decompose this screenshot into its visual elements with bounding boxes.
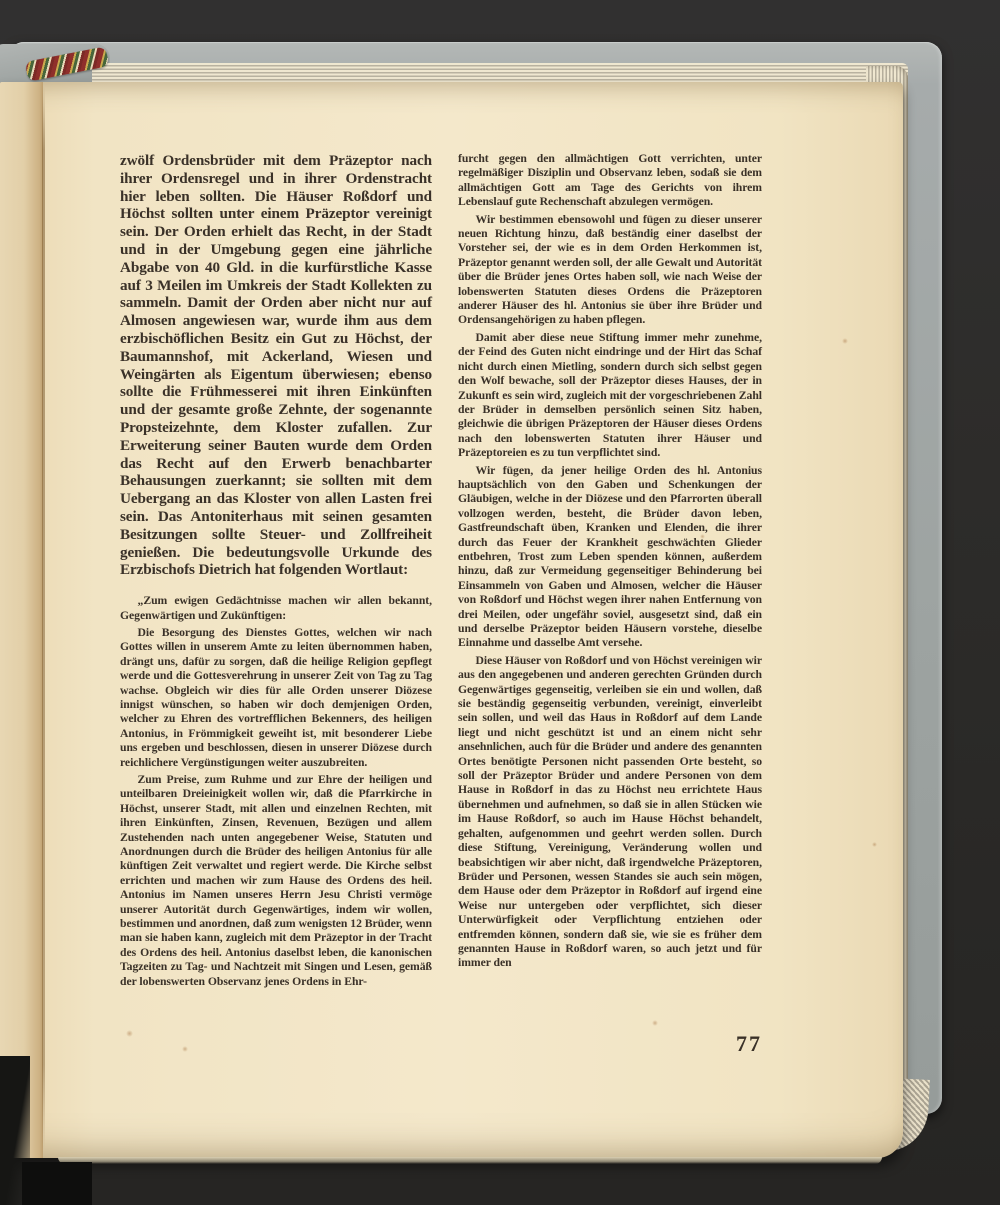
quote-paragraph: Die Besorgung des Dienstes Gottes, welch… xyxy=(120,626,432,770)
gutter-shadow xyxy=(0,82,43,1158)
body-text-paragraph: zwölf Ordensbrüder mit dem Präzeptor nac… xyxy=(120,152,432,579)
gutter-crease xyxy=(42,86,45,1150)
quote-paragraph: Wir fügen, da jener heilige Orden des hl… xyxy=(458,464,762,651)
quote-paragraph: Wir bestimmen ebensowohl und fügen zu di… xyxy=(458,213,762,328)
quote-paragraph: Zum Preise, zum Ruhme und zur Ehre der h… xyxy=(120,773,432,989)
quote-paragraph: Diese Häuser von Roßdorf und von Höchst … xyxy=(458,654,762,971)
foxing-spot xyxy=(842,338,848,344)
page-number: 77 xyxy=(458,1032,762,1056)
foxing-spot xyxy=(872,842,877,847)
quote-paragraph: Damit aber diese neue Stiftung immer meh… xyxy=(458,331,762,461)
foxing-spot xyxy=(182,1046,188,1052)
page-edges-top xyxy=(92,63,908,84)
text-column-right: furcht gegen den allmächtigen Gott verri… xyxy=(458,152,762,974)
page-bottom-edge xyxy=(58,1157,882,1164)
quote-paragraph: furcht gegen den allmächtigen Gott verri… xyxy=(458,152,762,210)
shadow-block-bottom-left xyxy=(22,1162,92,1205)
quote-paragraph: „Zum ewigen Gedächtnisse machen wir alle… xyxy=(120,594,432,623)
text-column-left: zwölf Ordensbrüder mit dem Präzeptor nac… xyxy=(120,152,432,992)
foxing-spot xyxy=(126,1030,133,1037)
open-page: zwölf Ordensbrüder mit dem Präzeptor nac… xyxy=(0,82,903,1158)
book-photo: zwölf Ordensbrüder mit dem Präzeptor nac… xyxy=(0,0,1000,1205)
foxing-spot xyxy=(652,1020,658,1026)
